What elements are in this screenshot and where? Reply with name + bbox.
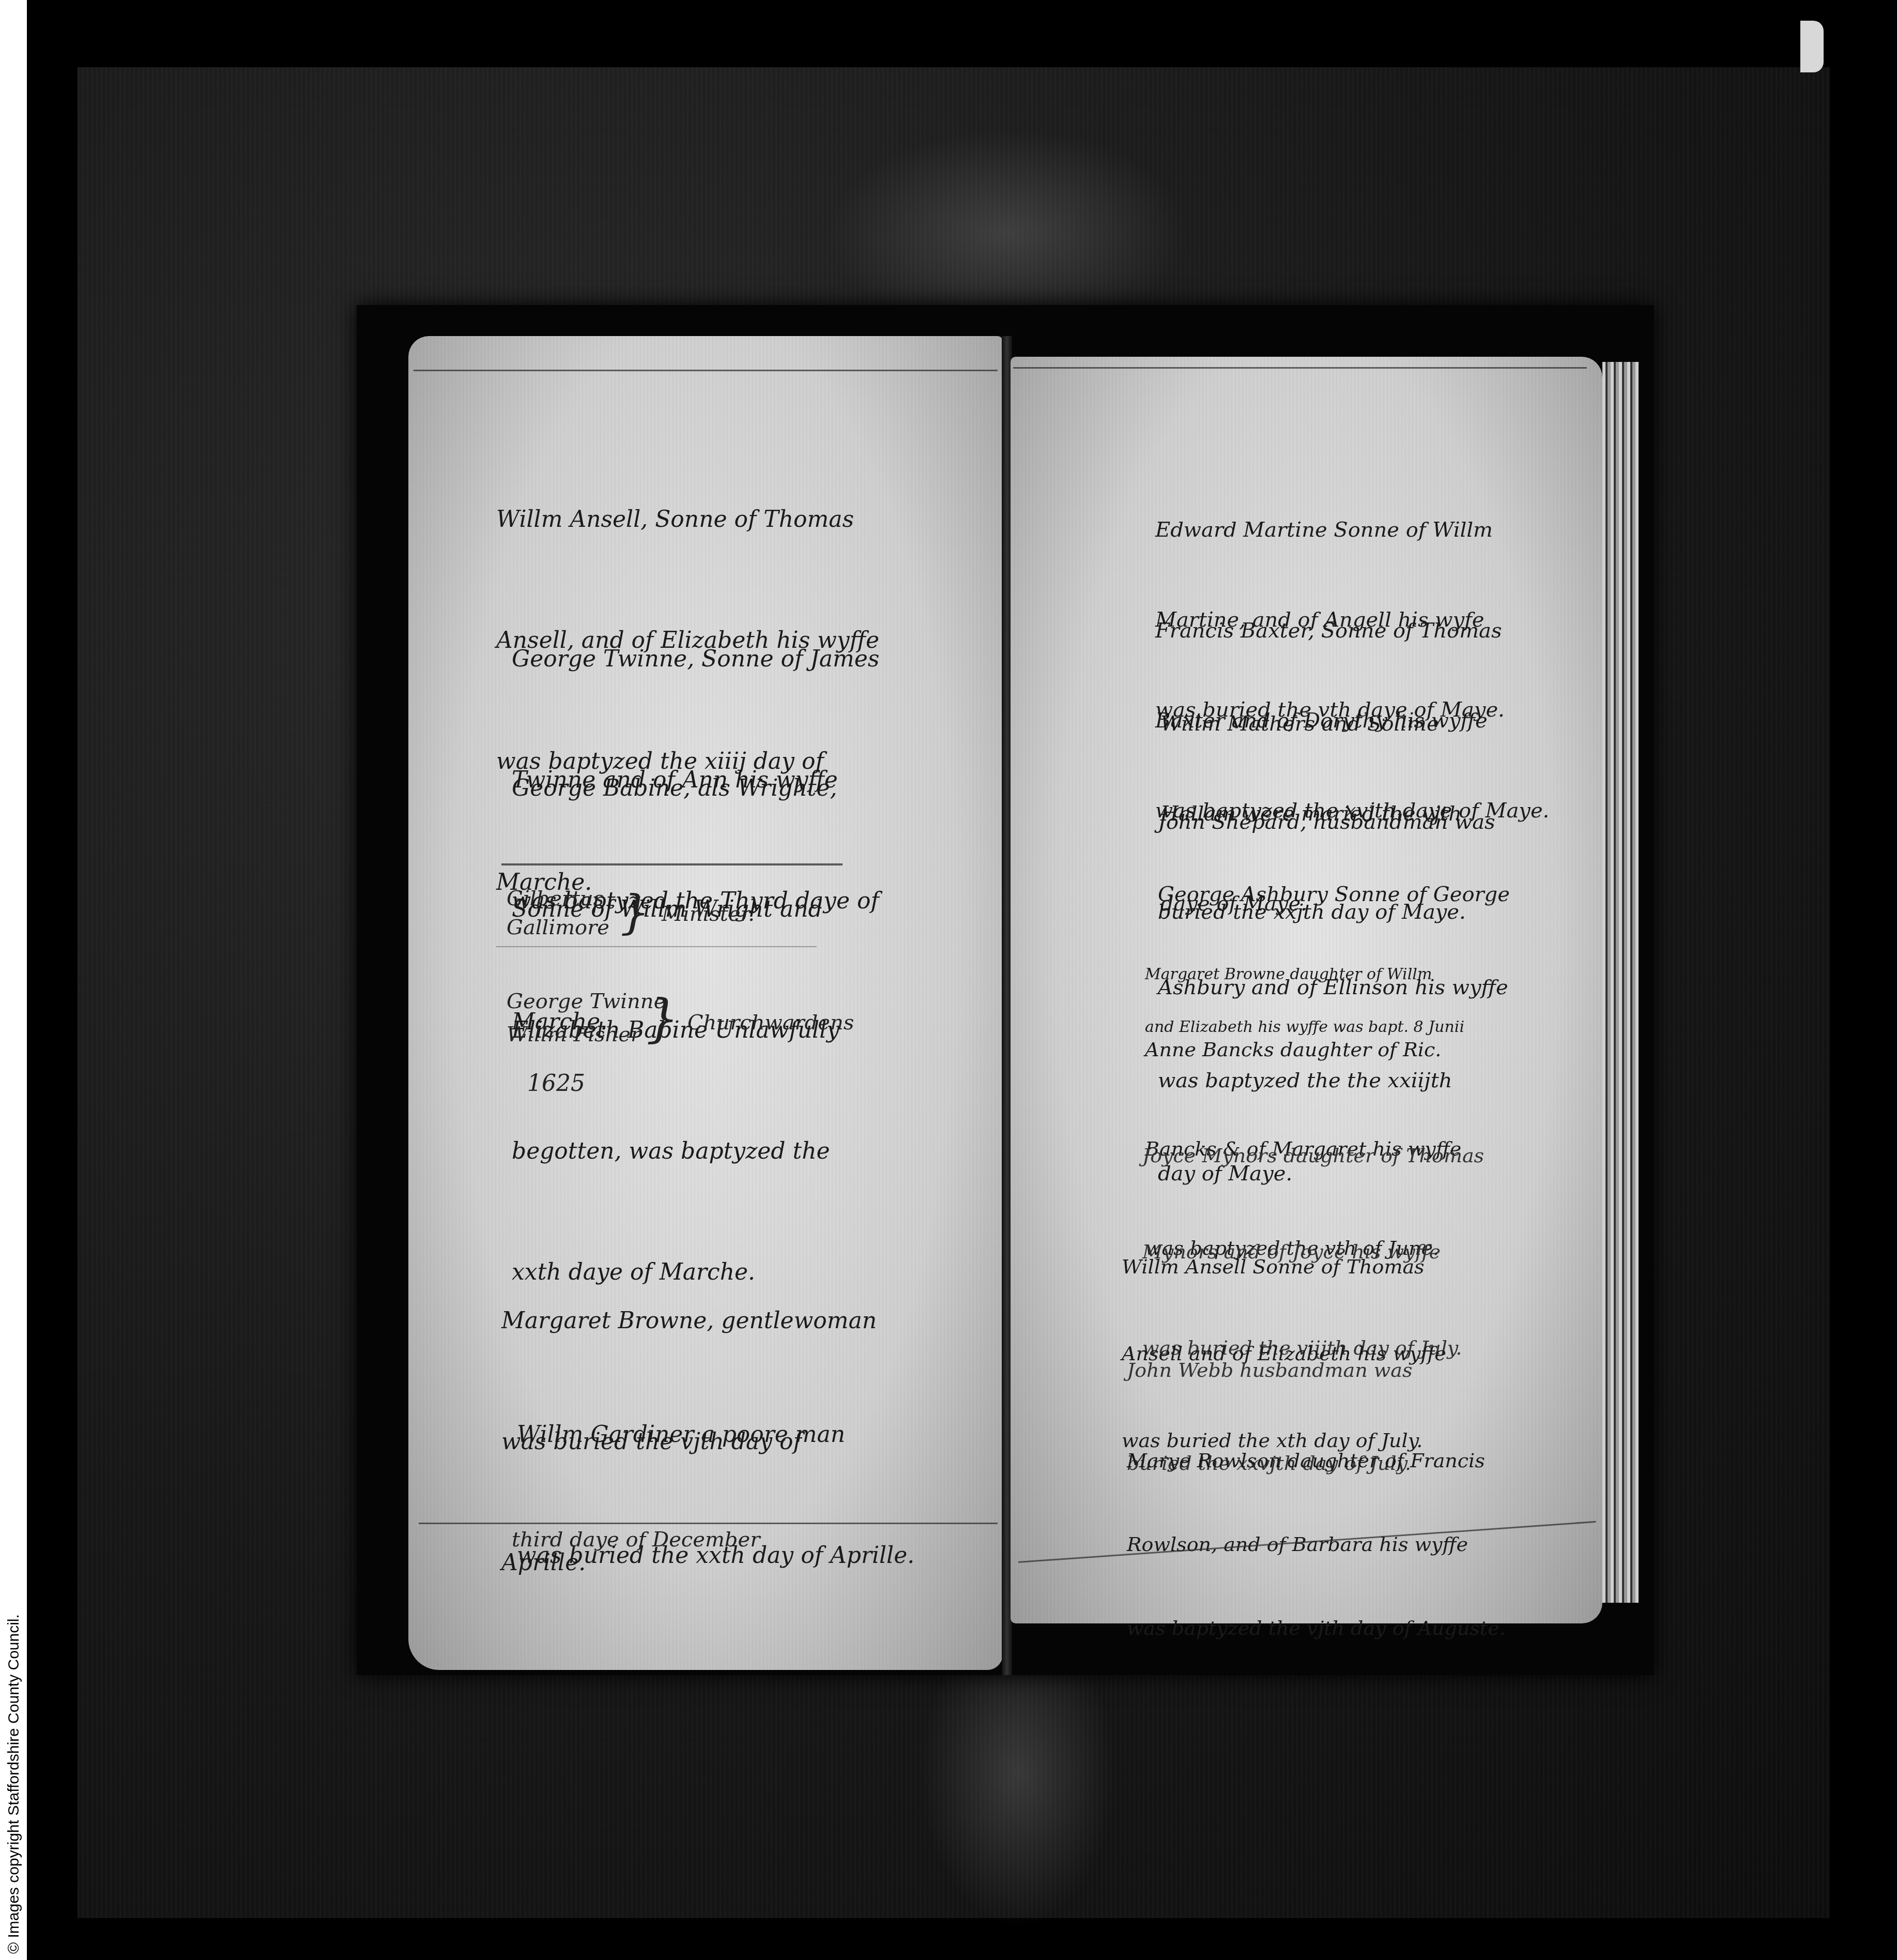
brace: } xyxy=(646,990,679,1047)
right-entry-11: Marye Rowlson daughter of Francis Rowlso… xyxy=(1127,1391,1506,1670)
page-edge-line xyxy=(1013,367,1587,369)
section-rule-faint xyxy=(496,946,817,947)
section-rule xyxy=(501,863,843,865)
churchwarden-role: Churchwardens xyxy=(687,1011,854,1035)
churchwarden-names: George Twinne Willm Fisher xyxy=(507,985,666,1051)
brace: } xyxy=(620,887,650,938)
minister-role: Minister. xyxy=(662,902,755,926)
minister-names: Gilbertus Gallimore xyxy=(507,884,609,942)
page-edge-line xyxy=(419,1523,998,1524)
corner-tab xyxy=(1800,21,1824,72)
left-burial-2: Willm Gardiner a poore man was buried th… xyxy=(517,1334,914,1616)
footer-fragment: third daye of December xyxy=(512,1528,760,1552)
page-edges-stack xyxy=(1602,362,1639,1603)
register-year: 1625 xyxy=(527,1070,585,1097)
copyright-notice: © Images copyright Staffordshire County … xyxy=(4,1611,24,1957)
tissue-paper-bottom xyxy=(920,1670,1116,1928)
page-edge-line xyxy=(414,370,998,371)
